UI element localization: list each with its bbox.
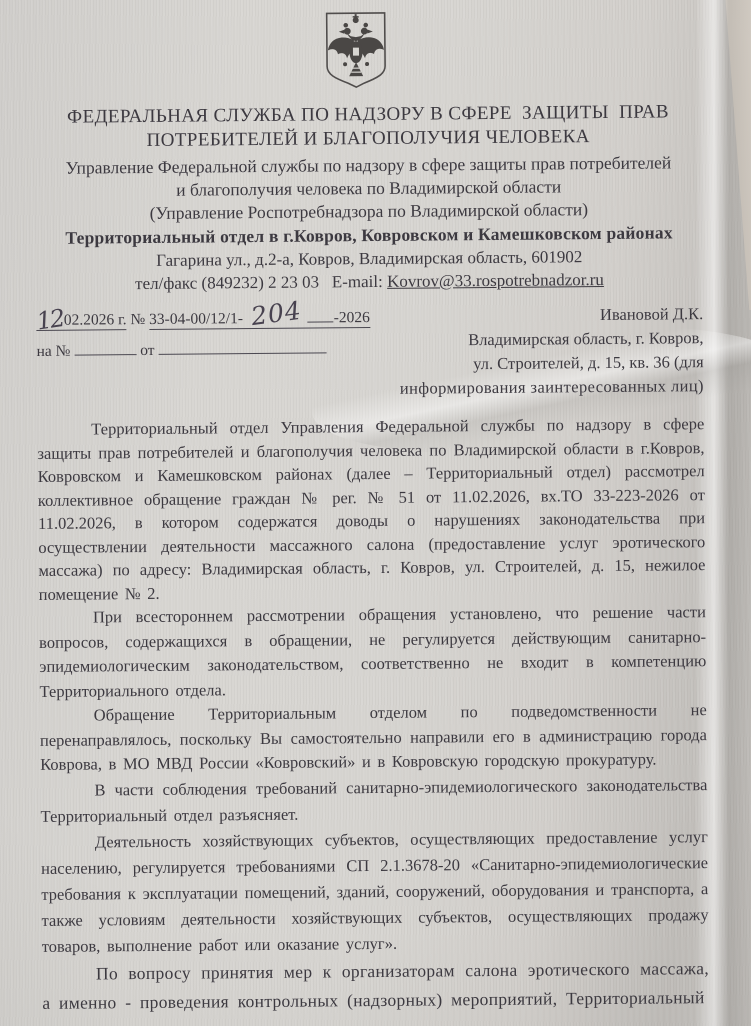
number-suffix: -2026 — [334, 309, 370, 326]
paragraph-clarification: В части соблюдения требований санитарно-… — [40, 772, 707, 830]
paragraph-review-result: При всестороннем рассмотрении обращения … — [39, 600, 707, 704]
letter-content: ФЕДЕРАЛЬНАЯ СЛУЖБА ПО НАДЗОРУ В СФЕРЕ ЗА… — [0, 0, 751, 1026]
addressee-name: Ивановой Д.К. — [375, 302, 704, 329]
addressee-block: Ивановой Д.К. Владимирская область, г. К… — [375, 300, 704, 401]
reference-block: 1202.2026 г. № 33-04-00/12/1-204-2026 на… — [36, 303, 375, 404]
number-sign: № — [130, 311, 145, 328]
paragraph-regulations: Деятельность хозяйствующих субъектов, ос… — [41, 824, 709, 960]
reply-ot-label: от — [140, 342, 154, 359]
addressee-address-line3: информирования заинтересованных лиц) — [375, 374, 704, 401]
blank-gap — [308, 307, 334, 322]
reply-date-blank — [158, 338, 326, 354]
paragraph-forwarding: Обращение Территориальным отделом по под… — [40, 698, 708, 777]
paragraph-intro: Территориальный отдел Управления Федерал… — [37, 412, 706, 606]
letter-body: Территориальный отдел Управления Федерал… — [37, 412, 709, 1017]
email-label: E-mail: — [332, 272, 383, 291]
addressee-address-line1: Владимирская область, г. Ковров, — [375, 326, 704, 353]
reply-reference-line: на № от — [36, 338, 375, 363]
reference-and-addressee: 1202.2026 г. № 33-04-00/12/1-204-2026 на… — [36, 300, 704, 404]
reply-number-blank — [74, 340, 136, 356]
email-address: Kovrov@33.rospotrebnadzor.ru — [387, 270, 604, 291]
number-prefix: 33-04-00/12/1- — [149, 310, 243, 328]
phone-number: тел/факс (849232) 2 23 03 — [135, 272, 319, 293]
coat-of-arms-icon — [319, 10, 392, 96]
paragraph-measures: По вопросу принятия мер к организаторам … — [42, 954, 709, 1018]
reply-na-label: на № — [37, 343, 71, 360]
contact-line: тел/факс (849232) 2 23 03 E-mail: Kovrov… — [36, 267, 703, 296]
outgoing-number-line: 1202.2026 г. № 33-04-00/12/1-204-2026 — [36, 307, 375, 332]
handwritten-day: 12 — [37, 318, 63, 322]
document-photo: ФЕДЕРАЛЬНАЯ СЛУЖБА ПО НАДЗОРУ В СФЕРЕ ЗА… — [0, 0, 751, 1026]
addressee-address-line2: ул. Строителей, д. 15, кв. 36 (для — [375, 350, 704, 377]
date-field: 1202.2026 г. — [36, 311, 126, 331]
number-field: 33-04-00/12/1-204-2026 — [149, 309, 370, 330]
handwritten-number: 204 — [251, 311, 301, 318]
date-printed: 02.2026 г. — [64, 311, 127, 329]
